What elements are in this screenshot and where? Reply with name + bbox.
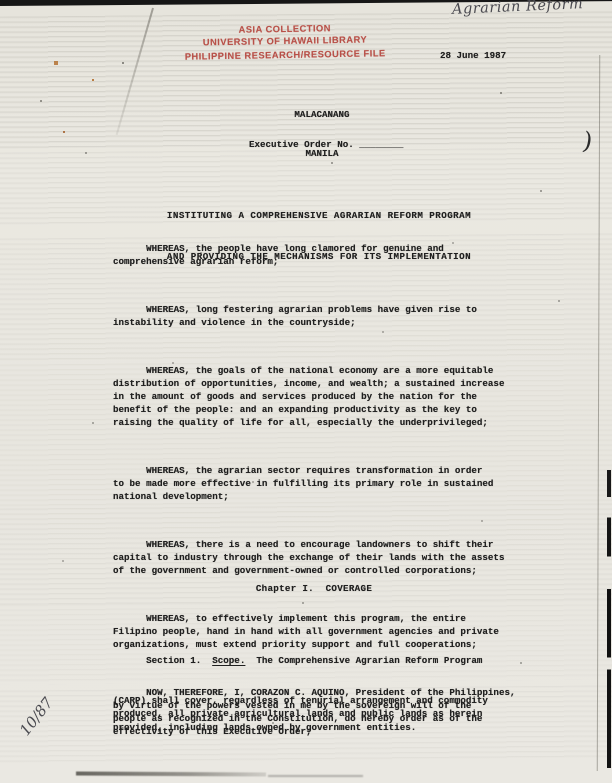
executive-order-number-line: Executive Order No. ________ (249, 139, 403, 152)
letterhead-palace: MALACANANG (202, 108, 442, 121)
bottom-smudge-streak-faint (268, 775, 363, 777)
executive-order-number-blank: ________ (359, 139, 403, 150)
section-1-first-line-rest: The Comprehensive Agrarian Reform Progra… (245, 655, 482, 666)
paper-crease (116, 8, 154, 135)
whereas-clause: WHEREAS, the agrarian sector requires tr… (113, 465, 558, 504)
paper-edge-line (597, 55, 600, 771)
section-1-first-line: Section 1. Scope. The Comprehensive Agra… (113, 654, 488, 667)
stamp-line-file: PHILIPPINE RESEARCH/RESOURCE FILE (168, 48, 402, 64)
section-1-scope-word: Scope. (212, 655, 245, 666)
whereas-clause: WHEREAS, the goals of the national econo… (113, 365, 558, 430)
executive-order-label: Executive Order No. (249, 139, 359, 150)
handwritten-date-code: 10/87 (16, 694, 57, 739)
section-1-label: Section 1. (113, 655, 212, 666)
whereas-clause: WHEREAS, the people have long clamored f… (113, 243, 558, 269)
document-date: 28 June 1987 (440, 50, 506, 63)
whereas-clause: WHEREAS, there is a need to encourage la… (113, 539, 558, 578)
section-1-body: (CARP) shall cover, regardless of tenuri… (113, 694, 488, 734)
handwritten-margin-mark: ) (581, 126, 595, 155)
section-1-scope: Section 1. Scope. The Comprehensive Agra… (113, 627, 488, 761)
chapter-heading: Chapter I. COVERAGE (113, 583, 515, 596)
handwritten-subject-label: Agrarian Reform (452, 0, 584, 18)
whereas-clause: WHEREAS, long festering agrarian problem… (113, 304, 558, 330)
letterhead: MALACANANG MANILA (202, 82, 442, 186)
scanner-edge-right-marks (607, 470, 611, 768)
scanned-document-page: Agrarian Reform 10/87 ) ASIA COLLECTION … (0, 0, 612, 783)
library-stamp: ASIA COLLECTION UNIVERSITY OF HAWAII LIB… (168, 22, 403, 64)
